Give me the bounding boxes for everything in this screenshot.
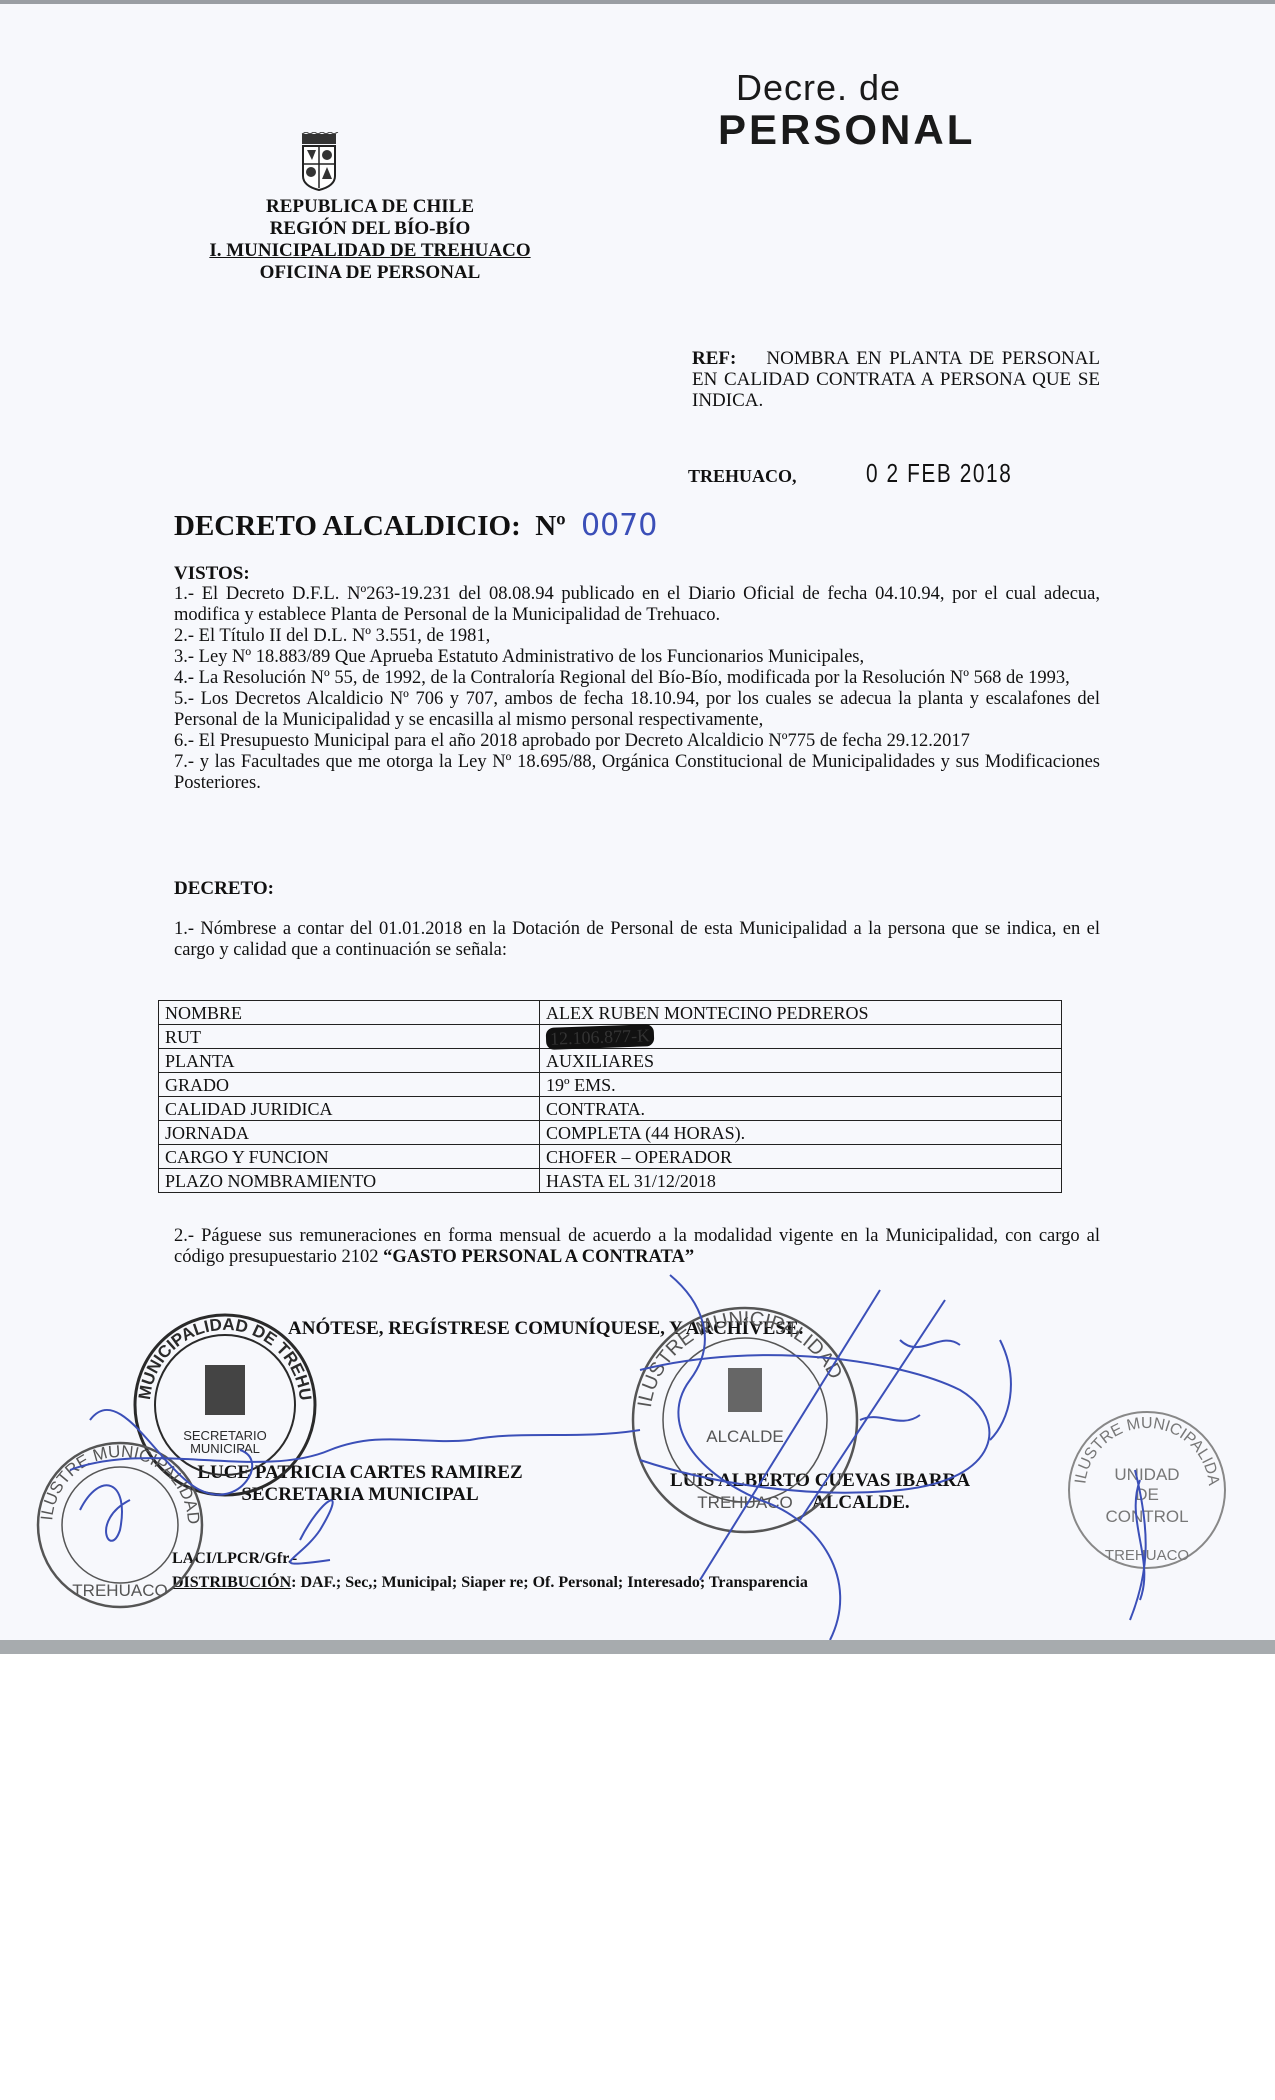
ref-label: REF: bbox=[692, 348, 736, 369]
secretary-title: SECRETARIA MUNICIPAL bbox=[160, 1484, 560, 1506]
mayor-signature-block: LUIS ALBERTO CUEVAS IBARRA ALCALDE. bbox=[670, 1470, 1020, 1514]
table-row: NOMBREALEX RUBEN MONTECINO PEDREROS bbox=[159, 1001, 1062, 1025]
field-value: HASTA EL 31/12/2018 bbox=[540, 1169, 1062, 1193]
budget-code-name: “GASTO PERSONAL A CONTRATA” bbox=[383, 1247, 694, 1267]
decreto-section: DECRETO: 1.- Nómbrese a contar del 01.01… bbox=[174, 878, 1100, 961]
reference-block: REF: NOMBRA EN PLANTA DE PERSONAL EN CAL… bbox=[692, 348, 1100, 411]
place: TREHUACO, bbox=[688, 466, 797, 487]
scanner-edge bbox=[0, 1640, 1275, 1654]
ref-text: NOMBRA EN PLANTA DE PERSONAL EN CALIDAD … bbox=[692, 348, 1100, 411]
vistos-section: VISTOS: 1.- El Decreto D.F.L. Nº263-19.2… bbox=[174, 563, 1100, 794]
visto-item: 6.- El Presupuesto Municipal para el año… bbox=[174, 731, 1100, 752]
secretary-signature-block: LUCE PATRICIA CARTES RAMIREZ SECRETARIA … bbox=[160, 1462, 560, 1506]
org-line-office: OFICINA DE PERSONAL bbox=[170, 262, 570, 284]
svg-text:CONTROL: CONTROL bbox=[1105, 1507, 1188, 1526]
field-value: CONTRATA. bbox=[540, 1097, 1062, 1121]
mayor-name: LUIS ALBERTO CUEVAS IBARRA bbox=[670, 1470, 1020, 1492]
visto-item: 5.- Los Decretos Alcaldicio Nº 706 y 707… bbox=[174, 689, 1100, 731]
field-label: PLAZO NOMBRAMIENTO bbox=[159, 1169, 540, 1193]
decree-number: DECRETO ALCALDICIO: Nº 0070 bbox=[174, 508, 657, 543]
secretary-name: LUCE PATRICIA CARTES RAMIREZ bbox=[160, 1462, 560, 1484]
table-row: RUT12.106.877-K bbox=[159, 1025, 1062, 1049]
table-row: PLANTAAUXILIARES bbox=[159, 1049, 1062, 1073]
decree-title: DECRETO ALCALDICIO: bbox=[174, 510, 521, 542]
org-line-municipality: I. MUNICIPALIDAD DE TREHUACO bbox=[170, 240, 570, 262]
stamp-line-2: PERSONAL bbox=[718, 108, 975, 152]
table-row: CALIDAD JURIDICACONTRATA. bbox=[159, 1097, 1062, 1121]
visto-item: 7.- y las Facultades que me otorga la Le… bbox=[174, 752, 1100, 794]
field-value: COMPLETA (44 HORAS). bbox=[540, 1121, 1062, 1145]
field-value: AUXILIARES bbox=[540, 1049, 1062, 1073]
visto-item: 3.- Ley Nº 18.883/89 Que Aprueba Estatut… bbox=[174, 647, 1100, 668]
appointment-table: NOMBREALEX RUBEN MONTECINO PEDREROS RUT1… bbox=[158, 1000, 1062, 1193]
svg-text:MUNICIPAL: MUNICIPAL bbox=[190, 1441, 260, 1456]
field-label: CARGO Y FUNCION bbox=[159, 1145, 540, 1169]
redaction-mark: 12.106.877-K bbox=[546, 1024, 655, 1050]
svg-text:UNIDAD: UNIDAD bbox=[1114, 1465, 1179, 1484]
org-line-country: REPUBLICA DE CHILE bbox=[170, 196, 570, 218]
table-row: CARGO Y FUNCIONCHOFER – OPERADOR bbox=[159, 1145, 1062, 1169]
field-value: CHOFER – OPERADOR bbox=[540, 1145, 1062, 1169]
table-row: JORNADACOMPLETA (44 HORAS). bbox=[159, 1121, 1062, 1145]
coat-of-arms-icon bbox=[298, 132, 340, 192]
decree-number-handwritten: 0070 bbox=[581, 508, 657, 543]
field-label: NOMBRE bbox=[159, 1001, 540, 1025]
closing-formula: ANÓTESE, REGÍSTRESE COMUNÍQUESE, Y ARCHÍ… bbox=[288, 1318, 803, 1340]
field-label: JORNADA bbox=[159, 1121, 540, 1145]
decreto-heading: DECRETO: bbox=[174, 878, 1100, 899]
stamp-line-1: Decre. de bbox=[718, 68, 975, 108]
distribution-label: DISTRIBUCIÓN bbox=[172, 1574, 291, 1591]
scanned-page: Decre. de PERSONAL REPUBLICA DE CHILE RE… bbox=[0, 0, 1275, 1650]
svg-text:ALCALDE: ALCALDE bbox=[706, 1427, 783, 1446]
visto-item: 1.- El Decreto D.F.L. Nº263-19.231 del 0… bbox=[174, 584, 1100, 626]
vistos-heading: VISTOS: bbox=[174, 563, 1100, 584]
personnel-stamp: Decre. de PERSONAL bbox=[718, 68, 975, 152]
svg-text:SECRETARIO: SECRETARIO bbox=[183, 1428, 267, 1443]
field-value: 19º EMS. bbox=[540, 1073, 1062, 1097]
svg-text:TREHUACO: TREHUACO bbox=[72, 1581, 167, 1600]
org-line-region: REGIÓN DEL BÍO-BÍO bbox=[170, 218, 570, 240]
table-row: GRADO19º EMS. bbox=[159, 1073, 1062, 1097]
distribution-list: DISTRIBUCIÓN: DAF.; Sec,; Municipal; Sia… bbox=[172, 1574, 808, 1592]
svg-text:TREHUACO: TREHUACO bbox=[1105, 1547, 1189, 1564]
table-row: PLAZO NOMBRAMIENTOHASTA EL 31/12/2018 bbox=[159, 1169, 1062, 1193]
visto-item: 2.- El Título II del D.L. Nº 3.551, de 1… bbox=[174, 626, 1100, 647]
decreto-item-1: 1.- Nómbrese a contar del 01.01.2018 en … bbox=[174, 919, 1100, 961]
field-label: GRADO bbox=[159, 1073, 540, 1097]
decree-no-label: Nº bbox=[535, 510, 566, 542]
date-stamp: 0 2 FEB 2018 bbox=[866, 458, 1012, 489]
mayor-title: ALCALDE. bbox=[670, 1492, 1020, 1514]
distribution-recipients: : DAF.; Sec,; Municipal; Siaper re; Of. … bbox=[291, 1574, 808, 1591]
field-label: PLANTA bbox=[159, 1049, 540, 1073]
visto-item: 4.- La Resolución Nº 55, de 1992, de la … bbox=[174, 668, 1100, 689]
field-value-redacted: 12.106.877-K bbox=[540, 1025, 1062, 1049]
drafting-initials: LACI/LPCR/Gfr.- bbox=[172, 1550, 297, 1568]
field-label: CALIDAD JURIDICA bbox=[159, 1097, 540, 1121]
field-label: RUT bbox=[159, 1025, 540, 1049]
field-value: ALEX RUBEN MONTECINO PEDREROS bbox=[540, 1001, 1062, 1025]
issuing-organization: REPUBLICA DE CHILE REGIÓN DEL BÍO-BÍO I.… bbox=[170, 196, 570, 284]
decreto-item-2: 2.- Páguese sus remuneraciones en forma … bbox=[174, 1226, 1100, 1268]
svg-text:DE: DE bbox=[1135, 1485, 1159, 1504]
